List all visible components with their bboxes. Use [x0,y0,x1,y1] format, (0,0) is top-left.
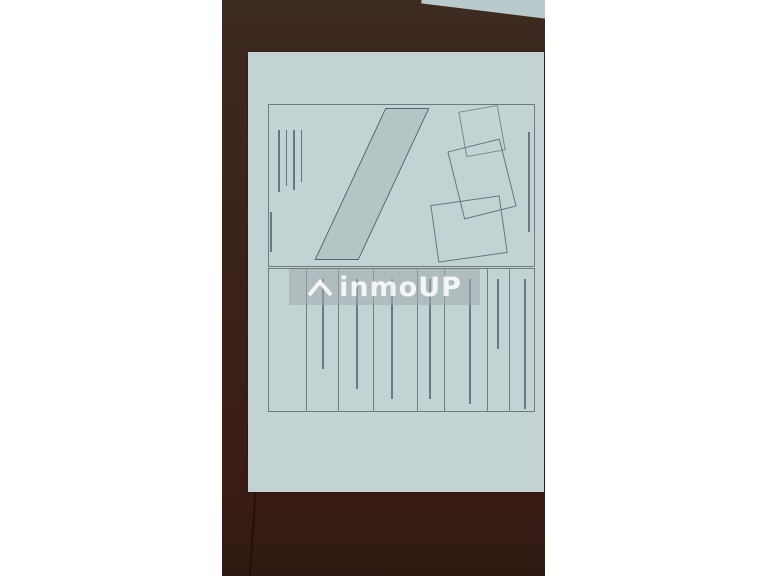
home-icon [307,278,333,296]
plan-legend-text [278,130,308,192]
plan-margin-text [528,132,530,232]
plan-scale-text [270,212,272,252]
parcel-lower-right [430,195,507,262]
top-paper-sheet [421,0,545,20]
watermark: inmoUP [289,269,480,305]
table-plank-seam [249,480,258,576]
watermark-text: inmoUP [339,272,462,303]
